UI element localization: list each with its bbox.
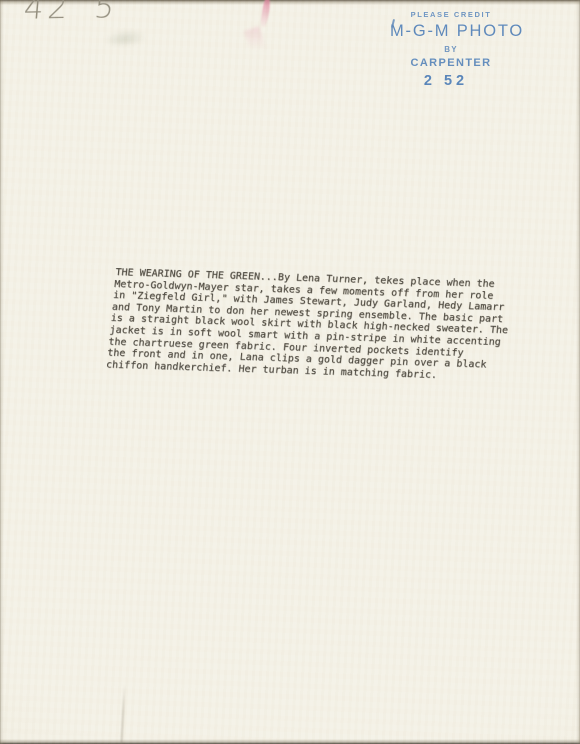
stamp-credit-line: PLEASE CREDIT: [390, 10, 512, 19]
pencil-smudge: [105, 26, 155, 51]
scan-edge-right: [576, 0, 580, 744]
stamp-studio-text: M-G-M PHOTO: [390, 22, 524, 40]
typed-caption: THE WEARING OF THE GREEN...By Lena Turne…: [105, 267, 535, 384]
paper-crease: [120, 684, 125, 744]
stamp-number-line: 2 52: [380, 73, 512, 89]
pink-ink-streak-tail: [244, 26, 268, 59]
handwritten-number: 42 5: [22, 0, 119, 27]
photo-back-scan: 42 5 PLEASE CREDIT M-G-M PHOTO BY CARPEN…: [0, 0, 580, 744]
scan-edge-bottom: [0, 739, 580, 744]
stamp-studio-line: M-G-M PHOTO: [390, 22, 512, 41]
stamp-photographer-line: CARPENTER: [390, 57, 512, 69]
credit-stamp: PLEASE CREDIT M-G-M PHOTO BY CARPENTER 2…: [390, 10, 512, 89]
stamp-by-line: BY: [390, 45, 512, 54]
scan-edge-left: [0, 0, 4, 744]
